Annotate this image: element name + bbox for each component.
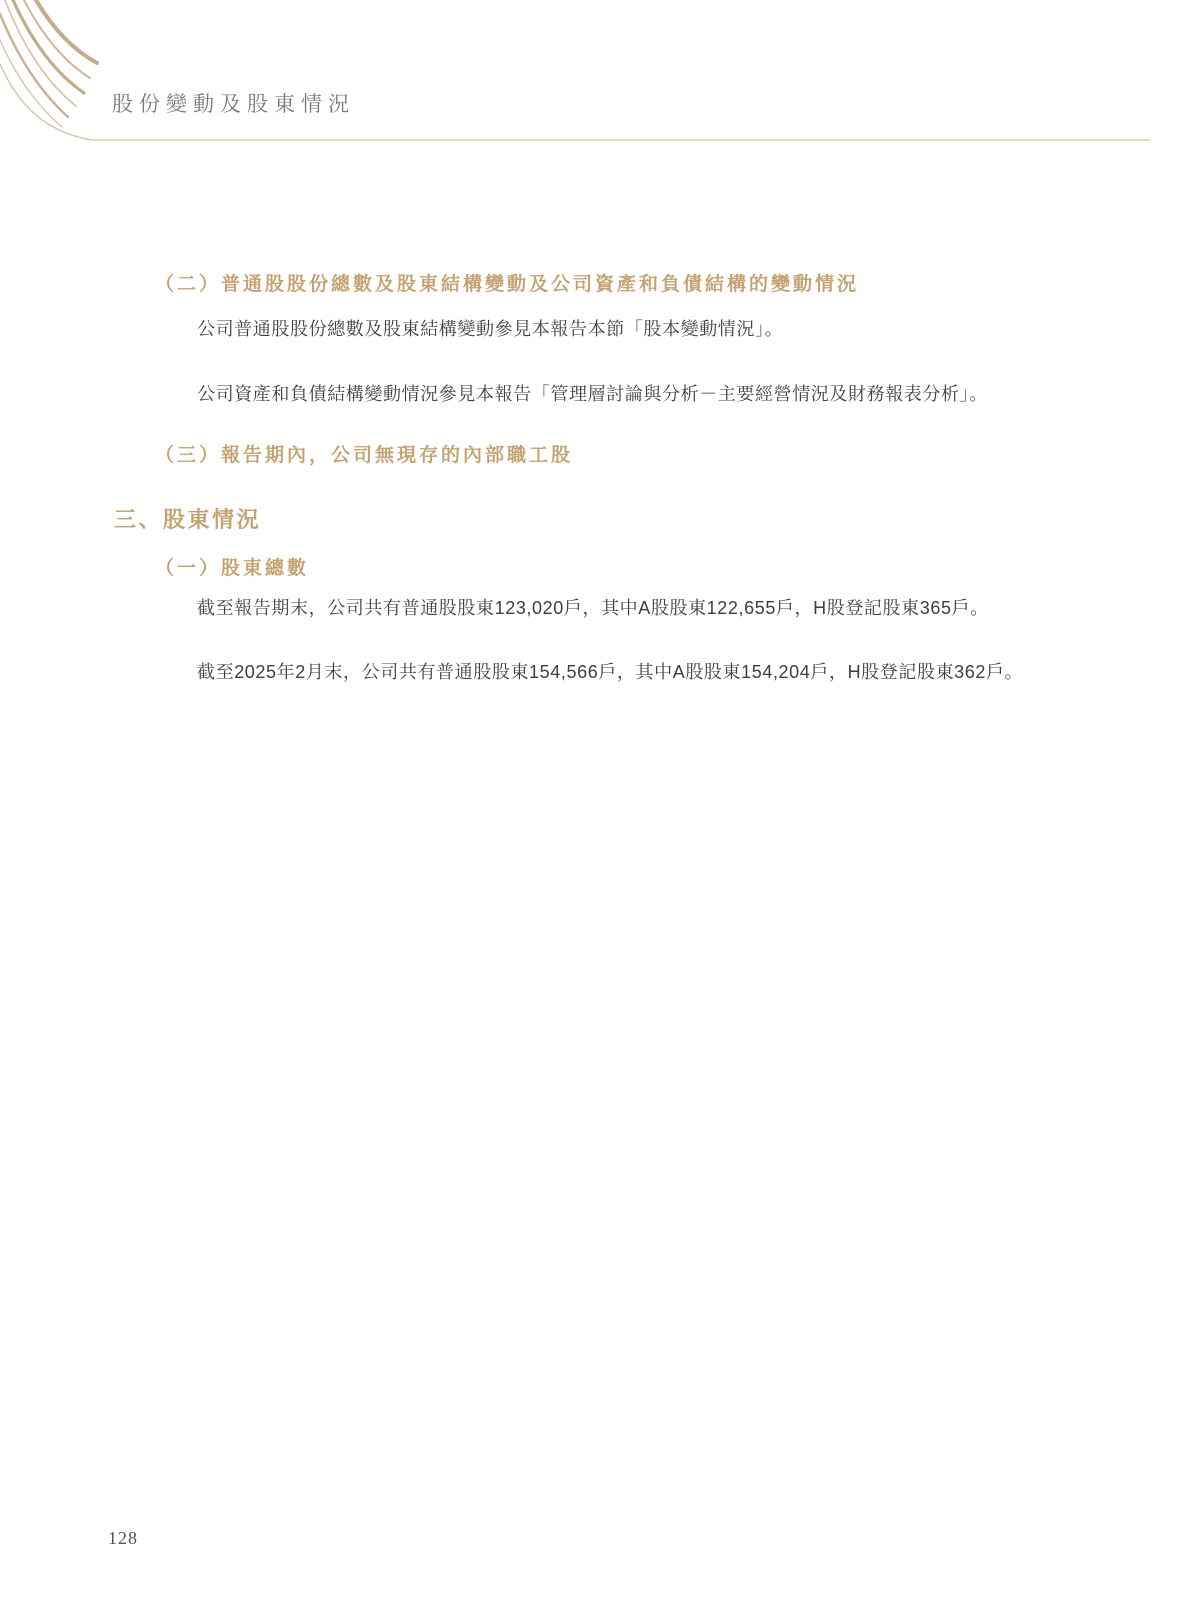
report-page: 股份變動及股東情況 （二）普通股股份總數及股東結構變動及公司資產和負債結構的變動… (0, 0, 1190, 1615)
page-header-title: 股份變動及股東情況 (112, 88, 355, 118)
shareholder-total-paragraph-2: 截至2025年2月末，公司共有普通股股東154,566戶，其中A股股東154,2… (197, 658, 1023, 684)
shareholder-total-paragraph-1: 截至報告期末，公司共有普通股股東123,020戶，其中A股股東122,655戶，… (197, 594, 989, 620)
section-2-paragraph-1: 公司普通股股份總數及股東結構變動參見本報告本節「股本變動情況」。 (197, 315, 783, 341)
section-heading-2: （二）普通股股份總數及股東結構變動及公司資產和負債結構的變動情況 (155, 269, 859, 296)
subsection-heading-1: （一）股東總數 (155, 553, 309, 580)
section-heading-3: （三）報告期內，公司無現存的內部職工股 (155, 440, 573, 467)
part-heading-3: 三、股東情況 (114, 503, 261, 534)
section-2-paragraph-2: 公司資產和負債結構變動情況參見本報告「管理層討論與分析－主要經營情況及財務報表分… (197, 380, 988, 406)
wave-swirl-decoration (0, 0, 1190, 150)
page-number: 128 (108, 1528, 138, 1549)
